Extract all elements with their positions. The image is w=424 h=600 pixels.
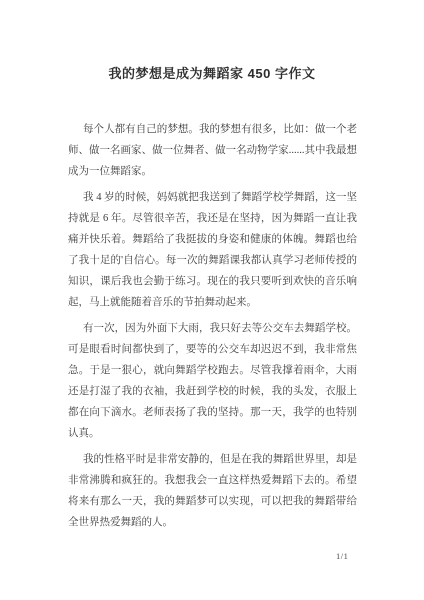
essay-paragraph: 我的性格平时是非常安静的，但是在我的舞蹈世界里，却是非常沸腾和疯狂的。我想我会一… [68,449,357,533]
essay-title: 我的梦想是成为舞蹈家 450 字作文 [0,63,424,82]
document-page: 我的梦想是成为舞蹈家 450 字作文 每个人都有自己的梦想。我的梦想有很多，比如… [0,0,424,600]
essay-paragraph: 有一次，因为外面下大雨，我只好去等公交车去舞蹈学校。可是眼看时间都快到了，要等的… [68,318,357,444]
essay-paragraph: 我 4 岁的时候，妈妈就把我送到了舞蹈学校学舞蹈，这一坚持就是 6 年。尽管很辛… [68,187,357,313]
essay-paragraph: 每个人都有自己的梦想。我的梦想有很多，比如：做一个老师、做一名画家、做一位舞者、… [68,119,357,182]
essay-body: 每个人都有自己的梦想。我的梦想有很多，比如：做一个老师、做一名画家、做一位舞者、… [68,119,357,538]
page-indicator: 1/1 [336,551,348,561]
